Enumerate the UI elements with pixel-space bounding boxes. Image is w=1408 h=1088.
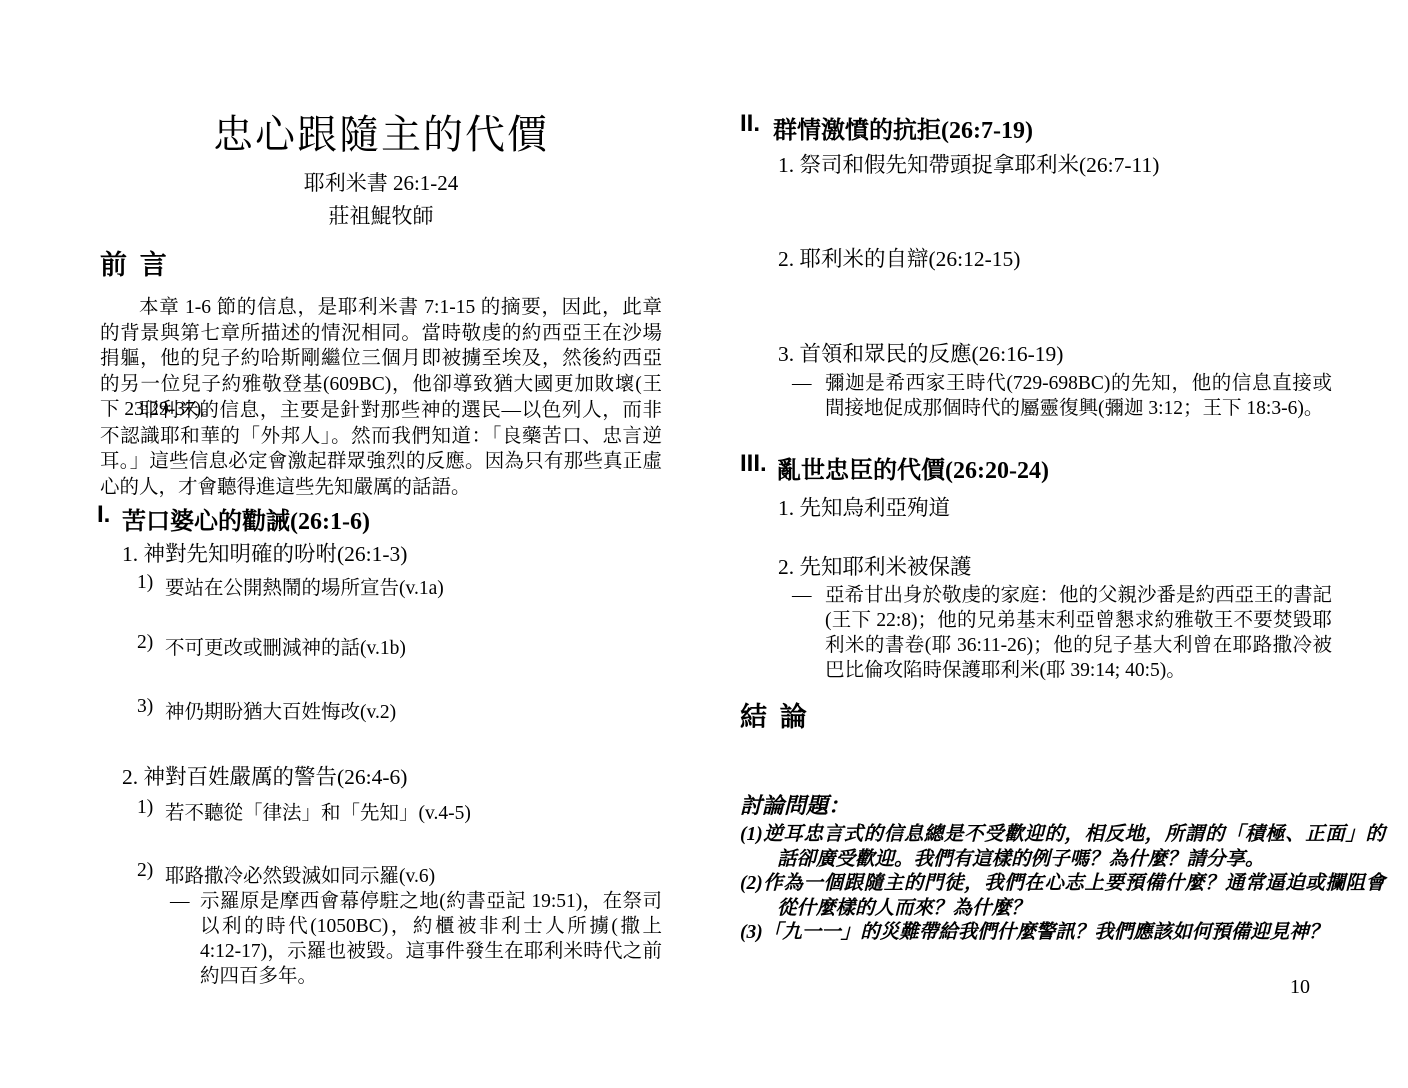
section-1-heading: I. 苦口婆心的勸誡(26:1-6)	[97, 501, 662, 536]
outline-point: 2) 不可更改或刪減神的話(v.1b)	[137, 632, 657, 660]
intro-paragraph-2: 耶利米的信息，主要是針對那些神的選民—以色列人，而非不認識耶和華的「外邦人」。然…	[100, 398, 662, 500]
section-3-subpoint-1: 1. 先知烏利亞殉道	[778, 491, 950, 522]
section-2-heading: II. 群情激憤的抗拒(26:7-19)	[740, 110, 1340, 145]
section-3-subpoint-2: 2. 先知耶利米被保護	[778, 550, 972, 581]
intro-heading: 前 言	[100, 243, 170, 282]
scripture-reference: 耶利米書 26:1-24	[100, 167, 662, 197]
discussion-heading: 討論問題：	[740, 789, 850, 820]
note-text: 亞希甘出身於敬虔的家庭：他的父親沙番是約西亞王的書記(王下 22:8)；他的兄弟…	[825, 583, 1332, 683]
note-text: 彌迦是希西家王時代(729-698BC)的先知，他的信息直接或間接地促成那個時代…	[825, 371, 1332, 421]
section-1-subpoint-2: 2. 神對百姓嚴厲的警告(26:4-6)	[122, 760, 407, 791]
point-number: 1)	[137, 572, 165, 600]
point-number: 2)	[137, 632, 165, 660]
section-2-subpoint-1: 1. 祭司和假先知帶頭捉拿耶利米(26:7-11)	[778, 148, 1159, 179]
outline-point: 1) 要站在公開熱鬧的場所宣告(v.1a)	[137, 572, 657, 600]
conclusion-heading: 結 論	[740, 695, 810, 734]
point-text: 不可更改或刪減神的話(v.1b)	[165, 632, 406, 660]
dash-bullet: —	[792, 583, 825, 683]
discussion-question-3: (3)「九一一」的災難帶給我們什麼警訊？我們應該如何預備迎見神？	[740, 921, 1385, 946]
outline-point: 1) 若不聽從「律法」和「先知」(v.4-5)	[137, 797, 657, 825]
page-title: 忠心跟隨主的代價	[100, 103, 662, 160]
dash-bullet: —	[792, 371, 825, 421]
point-number: 1)	[137, 797, 165, 825]
author-name: 莊祖鯤牧師	[100, 200, 662, 230]
shiloh-note: — 示羅原是摩西會幕停駐之地(約書亞記 19:51)，在祭司以利的時代(1050…	[170, 889, 662, 989]
point-text: 要站在公開熱鬧的場所宣告(v.1a)	[165, 572, 444, 600]
section-1-numeral: I.	[97, 501, 122, 536]
section-3-title: 亂世忠臣的代價(26:20-24)	[777, 450, 1049, 485]
section-1-subpoint-1: 1. 神對先知明確的吩咐(26:1-3)	[122, 537, 407, 568]
section-3-heading: III. 亂世忠臣的代價(26:20-24)	[740, 450, 1340, 485]
point-text: 神仍期盼猶大百姓悔改(v.2)	[165, 696, 396, 724]
section-2-subpoint-3: 3. 首領和眾民的反應(26:16-19)	[778, 337, 1063, 368]
point-number: 2)	[137, 860, 165, 888]
page-number: 10	[1270, 976, 1330, 999]
ahikam-note: — 亞希甘出身於敬虔的家庭：他的父親沙番是約西亞王的書記(王下 22:8)；他的…	[792, 583, 1332, 683]
section-1-title: 苦口婆心的勸誡(26:1-6)	[122, 501, 370, 536]
point-text: 耶路撒冷必然毀滅如同示羅(v.6)	[165, 860, 435, 888]
dash-bullet: —	[170, 889, 200, 989]
note-text: 示羅原是摩西會幕停駐之地(約書亞記 19:51)，在祭司以利的時代(1050BC…	[200, 889, 662, 989]
discussion-question-2: (2)作為一個跟隨主的門徒，我們在心志上要預備什麼？通常逼迫或攔阻會從什麼樣的人…	[740, 872, 1385, 921]
discussion-question-1: (1)逆耳忠言式的信息總是不受歡迎的，相反地，所謂的「積極、正面」的話卻廣受歡迎…	[740, 823, 1385, 872]
sermon-outline-page: 忠心跟隨主的代價 耶利米書 26:1-24 莊祖鯤牧師 前 言 本章 1-6 節…	[0, 0, 1408, 1088]
micah-note: — 彌迦是希西家王時代(729-698BC)的先知，他的信息直接或間接地促成那個…	[792, 371, 1332, 421]
point-text: 若不聽從「律法」和「先知」(v.4-5)	[165, 797, 471, 825]
section-2-subpoint-2: 2. 耶利米的自辯(26:12-15)	[778, 242, 1020, 273]
section-2-numeral: II.	[740, 110, 773, 145]
outline-point: 3) 神仍期盼猶大百姓悔改(v.2)	[137, 696, 657, 724]
section-3-numeral: III.	[740, 450, 777, 485]
point-number: 3)	[137, 696, 165, 724]
section-2-title: 群情激憤的抗拒(26:7-19)	[773, 110, 1033, 145]
outline-point: 2) 耶路撒冷必然毀滅如同示羅(v.6)	[137, 860, 657, 888]
